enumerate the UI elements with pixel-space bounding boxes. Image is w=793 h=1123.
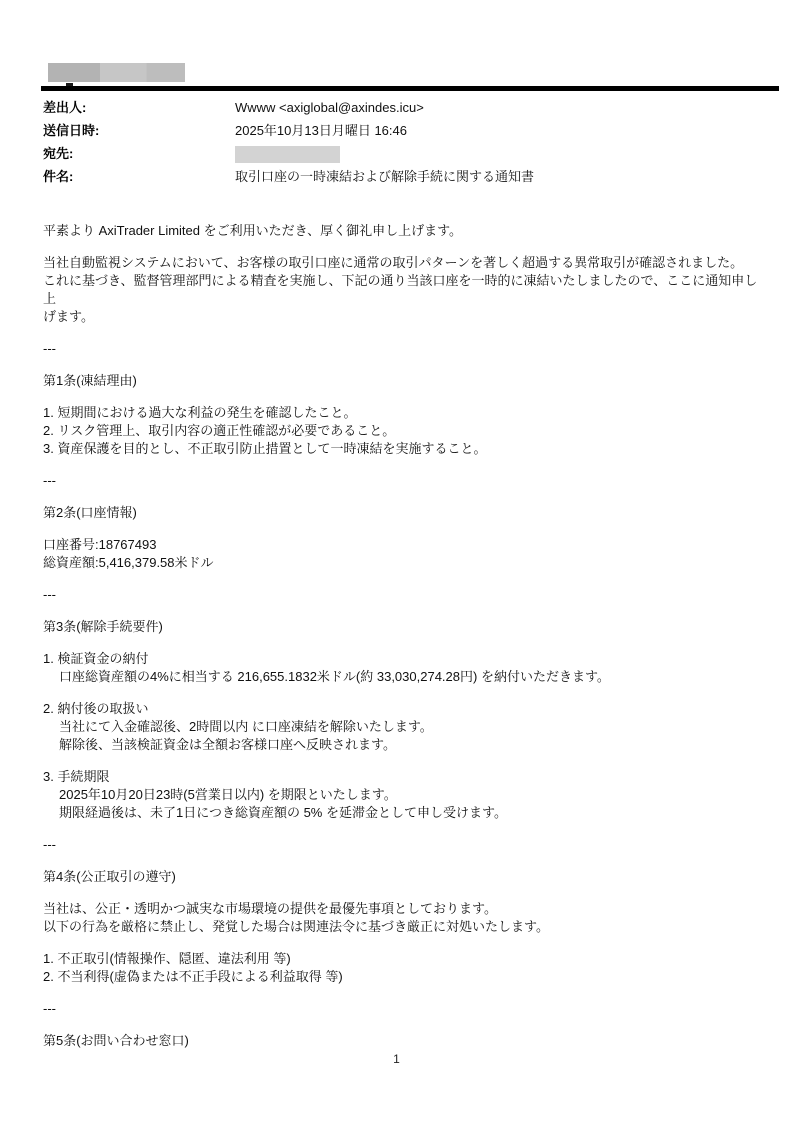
- header-field-row: 件名:取引口座の一時凍結および解除手続に関する通知書: [43, 168, 753, 191]
- body-paragraph: 1. 短期間における過大な利益の発生を確認したこと。2. リスク管理上、取引内容…: [43, 404, 758, 458]
- body-paragraph: 第1条(凍結理由): [43, 372, 758, 390]
- body-line: 当社自動監視システムにおいて、お客様の取引口座に通常の取引パターンを著しく超過す…: [43, 254, 758, 272]
- body-paragraph: 当社自動監視システムにおいて、お客様の取引口座に通常の取引パターンを著しく超過す…: [43, 254, 758, 326]
- body-paragraph: ---: [43, 340, 758, 358]
- body-line: 2. リスク管理上、取引内容の適正性確認が必要であること。: [43, 422, 758, 440]
- email-body: 平素より AxiTrader Limited をご利用いただき、厚く御礼申し上げ…: [43, 222, 758, 1064]
- body-paragraph: 第4条(公正取引の遵守): [43, 868, 758, 886]
- body-paragraph: ---: [43, 586, 758, 604]
- email-document-page: 差出人:Wwww <axiglobal@axindes.icu>送信日時:202…: [0, 0, 793, 1123]
- body-line: 2. 納付後の取扱い: [43, 700, 758, 718]
- body-line: 1. 短期間における過大な利益の発生を確認したこと。: [43, 404, 758, 422]
- body-line: 1. 不正取引(情報操作、隠匿、違法利用 等): [43, 950, 758, 968]
- body-line: 3. 手続期限: [43, 768, 758, 786]
- header-field-label: 送信日時:: [43, 122, 235, 140]
- body-paragraph: 第5条(お問い合わせ窓口): [43, 1032, 758, 1050]
- header-field-row: 差出人:Wwww <axiglobal@axindes.icu>: [43, 99, 753, 122]
- body-line: 総資産額:5,416,379.58米ドル: [43, 554, 758, 572]
- body-line: 第4条(公正取引の遵守): [43, 868, 758, 886]
- body-paragraph: ---: [43, 472, 758, 490]
- header-field-label: 宛先:: [43, 145, 235, 163]
- header-field-value: 取引口座の一時凍結および解除手続に関する通知書: [235, 168, 534, 186]
- header-field-label: 件名:: [43, 168, 235, 186]
- body-line: これに基づき、監督管理部門による精査を実施し、下記の通り当該口座を一時的に凍結い…: [43, 272, 758, 308]
- body-line: ---: [43, 472, 758, 490]
- redacted-sender-block: [48, 63, 185, 82]
- body-line: 第3条(解除手続要件): [43, 618, 758, 636]
- body-paragraph: 平素より AxiTrader Limited をご利用いただき、厚く御礼申し上げ…: [43, 222, 758, 240]
- body-line: 第2条(口座情報): [43, 504, 758, 522]
- body-line: 3. 資産保護を目的とし、不正取引防止措置として一時凍結を実施すること。: [43, 440, 758, 458]
- body-line: 期限経過後は、未了1日につき総資産額の 5% を延滞金として申し受けます。: [43, 804, 758, 822]
- body-paragraph: ---: [43, 836, 758, 854]
- body-paragraph: 3. 手続期限2025年10月20日23時(5営業日以内) を期限といたします。…: [43, 768, 758, 822]
- body-line: 平素より AxiTrader Limited をご利用いただき、厚く御礼申し上げ…: [43, 222, 758, 240]
- body-line: 第1条(凍結理由): [43, 372, 758, 390]
- body-paragraph: 口座番号:18767493総資産額:5,416,379.58米ドル: [43, 536, 758, 572]
- body-paragraph: 当社は、公正・透明かつ誠実な市場環境の提供を最優先事項としております。以下の行為…: [43, 900, 758, 936]
- body-line: 2025年10月20日23時(5営業日以内) を期限といたします。: [43, 786, 758, 804]
- header-field-value: 2025年10月13日月曜日 16:46: [235, 122, 407, 140]
- body-line: 当社にて入金確認後、2時間以内 に口座凍結を解除いたします。: [43, 718, 758, 736]
- header-field-row: 送信日時:2025年10月13日月曜日 16:46: [43, 122, 753, 145]
- body-line: 口座総資産額の4%に相当する 216,655.1832米ドル(約 33,030,…: [43, 668, 758, 686]
- body-line: 第5条(お問い合わせ窓口): [43, 1032, 758, 1050]
- body-line: 解除後、当該検証資金は全額お客様口座へ反映されます。: [43, 736, 758, 754]
- body-line: ---: [43, 340, 758, 358]
- redacted-recipient-block: [235, 146, 340, 163]
- body-paragraph: 第2条(口座情報): [43, 504, 758, 522]
- body-line: ---: [43, 586, 758, 604]
- body-paragraph: 1. 検証資金の納付口座総資産額の4%に相当する 216,655.1832米ドル…: [43, 650, 758, 686]
- email-header-fields: 差出人:Wwww <axiglobal@axindes.icu>送信日時:202…: [43, 99, 753, 191]
- body-paragraph: 2. 納付後の取扱い当社にて入金確認後、2時間以内 に口座凍結を解除いたします。…: [43, 700, 758, 754]
- body-paragraph: 1. 不正取引(情報操作、隠匿、違法利用 等)2. 不当利得(虚偽または不正手段…: [43, 950, 758, 986]
- body-line: 2. 不当利得(虚偽または不正手段による利益取得 等): [43, 968, 758, 986]
- body-line: 以下の行為を厳格に禁止し、発覚した場合は関連法令に基づき厳正に対処いたします。: [43, 918, 758, 936]
- body-line: 1. 検証資金の納付: [43, 650, 758, 668]
- header-field-label: 差出人:: [43, 99, 235, 117]
- body-line: ---: [43, 1000, 758, 1018]
- body-paragraph: 第3条(解除手続要件): [43, 618, 758, 636]
- body-line: 当社は、公正・透明かつ誠実な市場環境の提供を最優先事項としております。: [43, 900, 758, 918]
- page-number: 1: [0, 1052, 793, 1066]
- body-line: 口座番号:18767493: [43, 536, 758, 554]
- body-paragraph: ---: [43, 1000, 758, 1018]
- header-field-row: 宛先:: [43, 145, 753, 168]
- header-field-value: Wwww <axiglobal@axindes.icu>: [235, 99, 424, 117]
- header-divider-rule: [41, 86, 779, 91]
- body-line: ---: [43, 836, 758, 854]
- body-line: げます。: [43, 308, 758, 326]
